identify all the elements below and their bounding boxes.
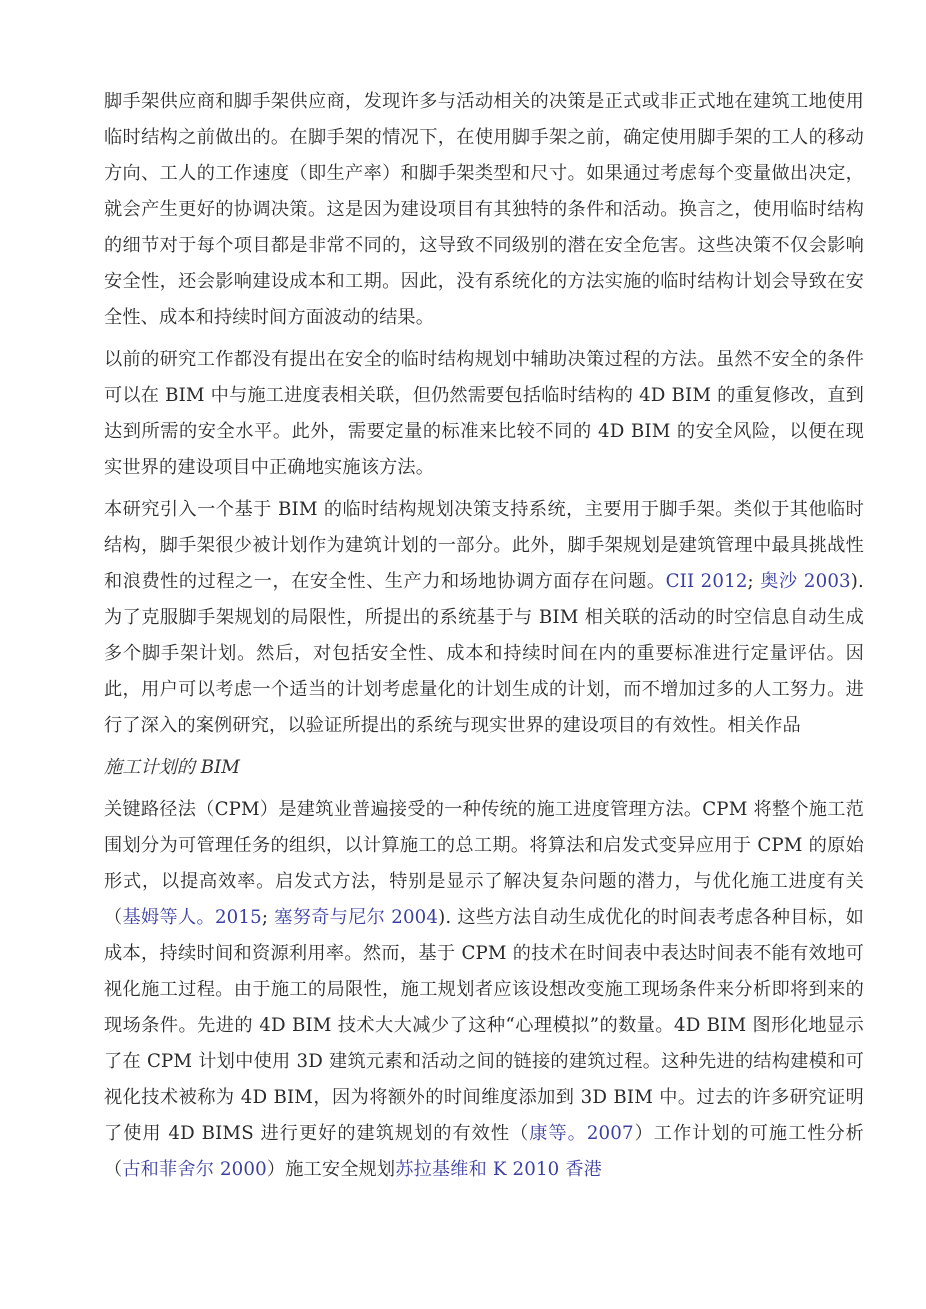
paragraph-cpm-bim: 关键路径法（CPM）是建筑业普遍接受的一种传统的施工进度管理方法。CPM 将整个… bbox=[104, 792, 864, 1188]
section-heading: 施工计划的 BIM bbox=[104, 750, 864, 786]
citation-link-sulankivi-2010[interactable]: 苏拉基维和 K 2010 香港 bbox=[395, 1159, 602, 1180]
paragraph-text: ). 这些方法自动生成优化的时间表考虑各种目标，如成本，持续时间和资源利用率。然… bbox=[104, 907, 864, 1144]
citation-link-senouci-2004[interactable]: 塞努奇与尼尔 2004 bbox=[274, 907, 438, 928]
document-page: 脚手架供应商和脚手架供应商，发现许多与活动相关的决策是正式或非正式地在建筑工地使… bbox=[104, 84, 864, 1194]
citation-link-koo-fischer-2000[interactable]: 古和菲舍尔 2000 bbox=[122, 1159, 267, 1180]
paragraph-text: ; bbox=[748, 571, 761, 592]
paragraph-text: 以前的研究工作都没有提出在安全的临时结构规划中辅助决策过程的方法。虽然不安全的条… bbox=[104, 349, 864, 478]
citation-link-kim-2015[interactable]: 基姆等人。2015 bbox=[123, 907, 262, 928]
citation-link-kang-2007[interactable]: 康等。2007 bbox=[529, 1123, 633, 1144]
paragraph-text: ; bbox=[262, 907, 274, 928]
citation-link-cii-2012[interactable]: CII 2012 bbox=[666, 571, 748, 592]
paragraph-text: ). 为了克服脚手架规划的局限性，所提出的系统基于与 BIM 相关联的活动的时空… bbox=[104, 571, 864, 736]
paragraph-previous-research: 以前的研究工作都没有提出在安全的临时结构规划中辅助决策过程的方法。虽然不安全的条… bbox=[104, 342, 864, 486]
citation-link-osha-2003[interactable]: 奥沙 2003 bbox=[760, 571, 851, 592]
paragraph-text: ）施工安全规划 bbox=[267, 1159, 395, 1180]
paragraph-text: 脚手架供应商和脚手架供应商，发现许多与活动相关的决策是正式或非正式地在建筑工地使… bbox=[104, 91, 864, 328]
paragraph-study-intro: 本研究引入一个基于 BIM 的临时结构规划决策支持系统，主要用于脚手架。类似于其… bbox=[104, 492, 864, 744]
paragraph-scaffold-decisions: 脚手架供应商和脚手架供应商，发现许多与活动相关的决策是正式或非正式地在建筑工地使… bbox=[104, 84, 864, 336]
